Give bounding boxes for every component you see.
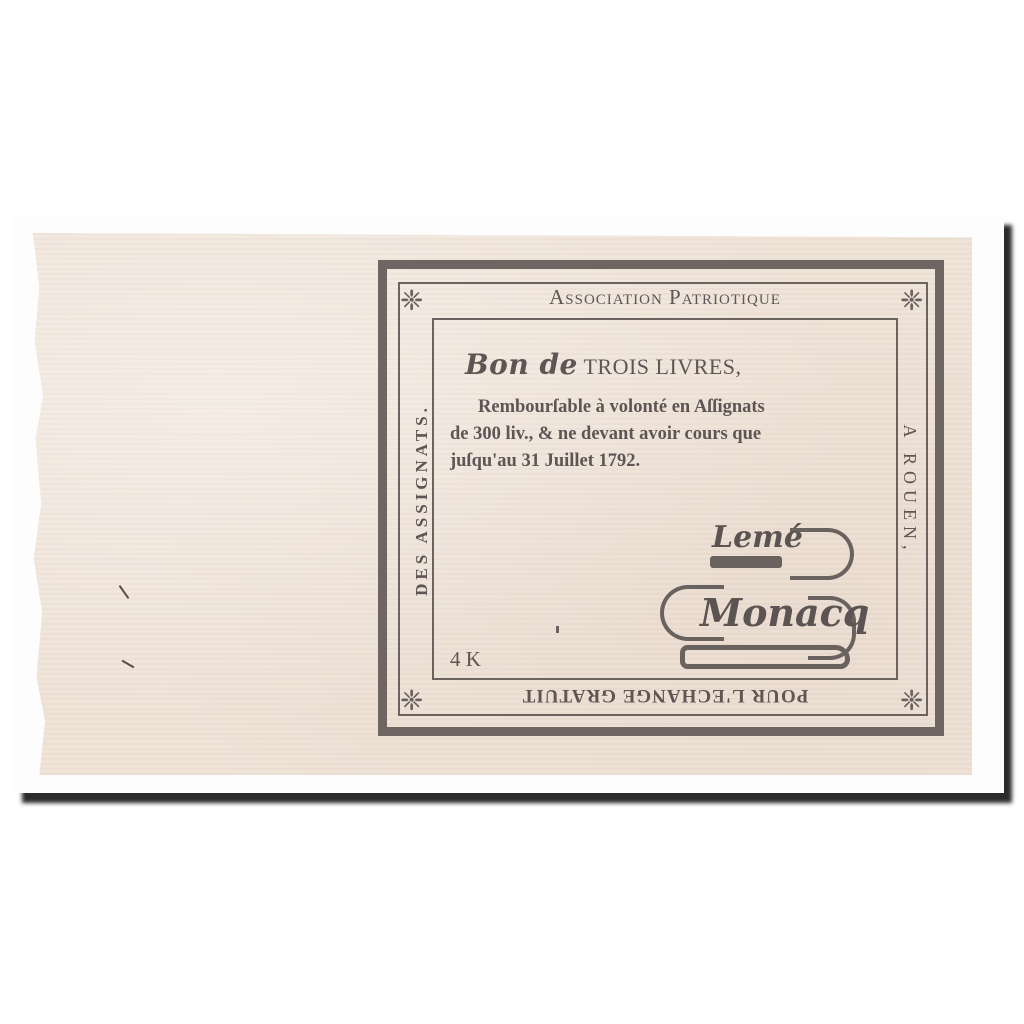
signature-flourish <box>680 645 850 669</box>
redemption-text: Rembourſable à volonté en Aſſignats de 3… <box>450 394 886 475</box>
issuer-legend: Association Patriotique <box>432 285 898 310</box>
corner-ornament-icon: ❈ <box>400 287 423 315</box>
right-side-legend: A ROUEN, <box>899 360 920 620</box>
corner-ornament-icon: ❈ <box>900 287 923 315</box>
serial-number: 4 K <box>450 647 481 672</box>
denomination-heading: Bon de TROIS LIVRES, <box>465 348 885 381</box>
bottom-legend-inverted: POUR L'ECHANGE GRATUIT <box>432 684 898 706</box>
heading-script: Bon de <box>465 348 578 381</box>
body-line: de 300 liv., & ne devant avoir cours que <box>450 421 886 448</box>
corner-ornament-icon: ❈ <box>400 687 423 715</box>
ink-speck <box>556 626 559 633</box>
paper-fiber <box>121 660 134 669</box>
corner-ornament-icon: ❈ <box>900 687 923 715</box>
paper-fiber <box>119 585 130 599</box>
body-line: Rembourſable à volonté en Aſſignats <box>450 394 886 421</box>
signature-2: Monacq <box>700 590 869 635</box>
left-side-legend: DES ASSIGNATS. <box>412 335 432 665</box>
signature-flourish <box>710 556 782 568</box>
signature-1: Lemé <box>712 520 803 555</box>
body-line: juſqu'au 31 Juillet 1792. <box>450 448 886 475</box>
heading-value: TROIS LIVRES, <box>583 354 741 379</box>
